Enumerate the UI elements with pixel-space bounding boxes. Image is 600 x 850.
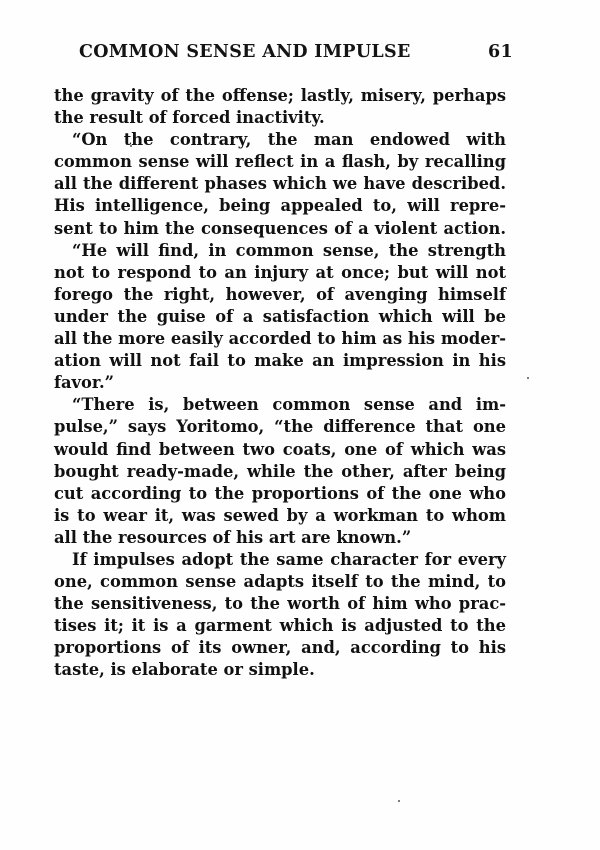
text-line: would find between two coats, one of whi… [54, 439, 506, 461]
text-line: is to wear it, was sewed by a workman to… [54, 505, 506, 527]
text-line: bought ready-made, while the other, afte… [54, 461, 506, 483]
text-line: taste, is elaborate or simple. [54, 659, 506, 681]
text-line: tises it; it is a garment which is adjus… [54, 615, 506, 637]
text-line: the result of forced inactivity. [54, 107, 506, 129]
text-line: under the guise of a satisfaction which … [54, 306, 506, 328]
page-body-text: the gravity of the offense; lastly, mise… [54, 85, 506, 682]
text-line: all the different phases which we have d… [54, 173, 506, 195]
page-number: 61 [488, 42, 513, 62]
scan-speck [527, 377, 529, 379]
text-line: not to respond to an injury at once; but… [54, 262, 506, 284]
book-page: COMMON SENSE AND IMPULSE 61 the gravity … [0, 0, 600, 850]
text-line: forego the right, however, of avenging h… [54, 284, 506, 306]
text-line: one, common sense adapts itself to the m… [54, 571, 506, 593]
text-line: sent to him the consequences of a violen… [54, 218, 506, 240]
text-line: common sense will reflect in a flash, by… [54, 151, 506, 173]
text-line: His intelligence, being appealed to, wil… [54, 195, 506, 217]
text-line: all the more easily accorded to him as h… [54, 328, 506, 350]
scan-speck [130, 145, 132, 147]
text-line: ation will not fail to make an impressio… [54, 350, 506, 372]
text-line: pulse,” says Yoritomo, “the difference t… [54, 416, 506, 438]
text-line: cut according to the proportions of the … [54, 483, 506, 505]
text-line: If impulses adopt the same character for… [54, 549, 506, 571]
text-line: “There is, between common sense and im- [54, 394, 506, 416]
scan-speck [398, 800, 400, 802]
text-line: proportions of its owner, and, according… [54, 637, 506, 659]
text-line: “On the contrary, the man endowed with [54, 129, 506, 151]
text-line: the gravity of the offense; lastly, mise… [54, 85, 506, 107]
text-line: “He will find, in common sense, the stre… [54, 240, 506, 262]
text-line: favor.” [54, 372, 506, 394]
text-line: the sensitiveness, to the worth of him w… [54, 593, 506, 615]
running-title: COMMON SENSE AND IMPULSE [79, 42, 411, 62]
text-line: all the resources of his art are known.” [54, 527, 506, 549]
